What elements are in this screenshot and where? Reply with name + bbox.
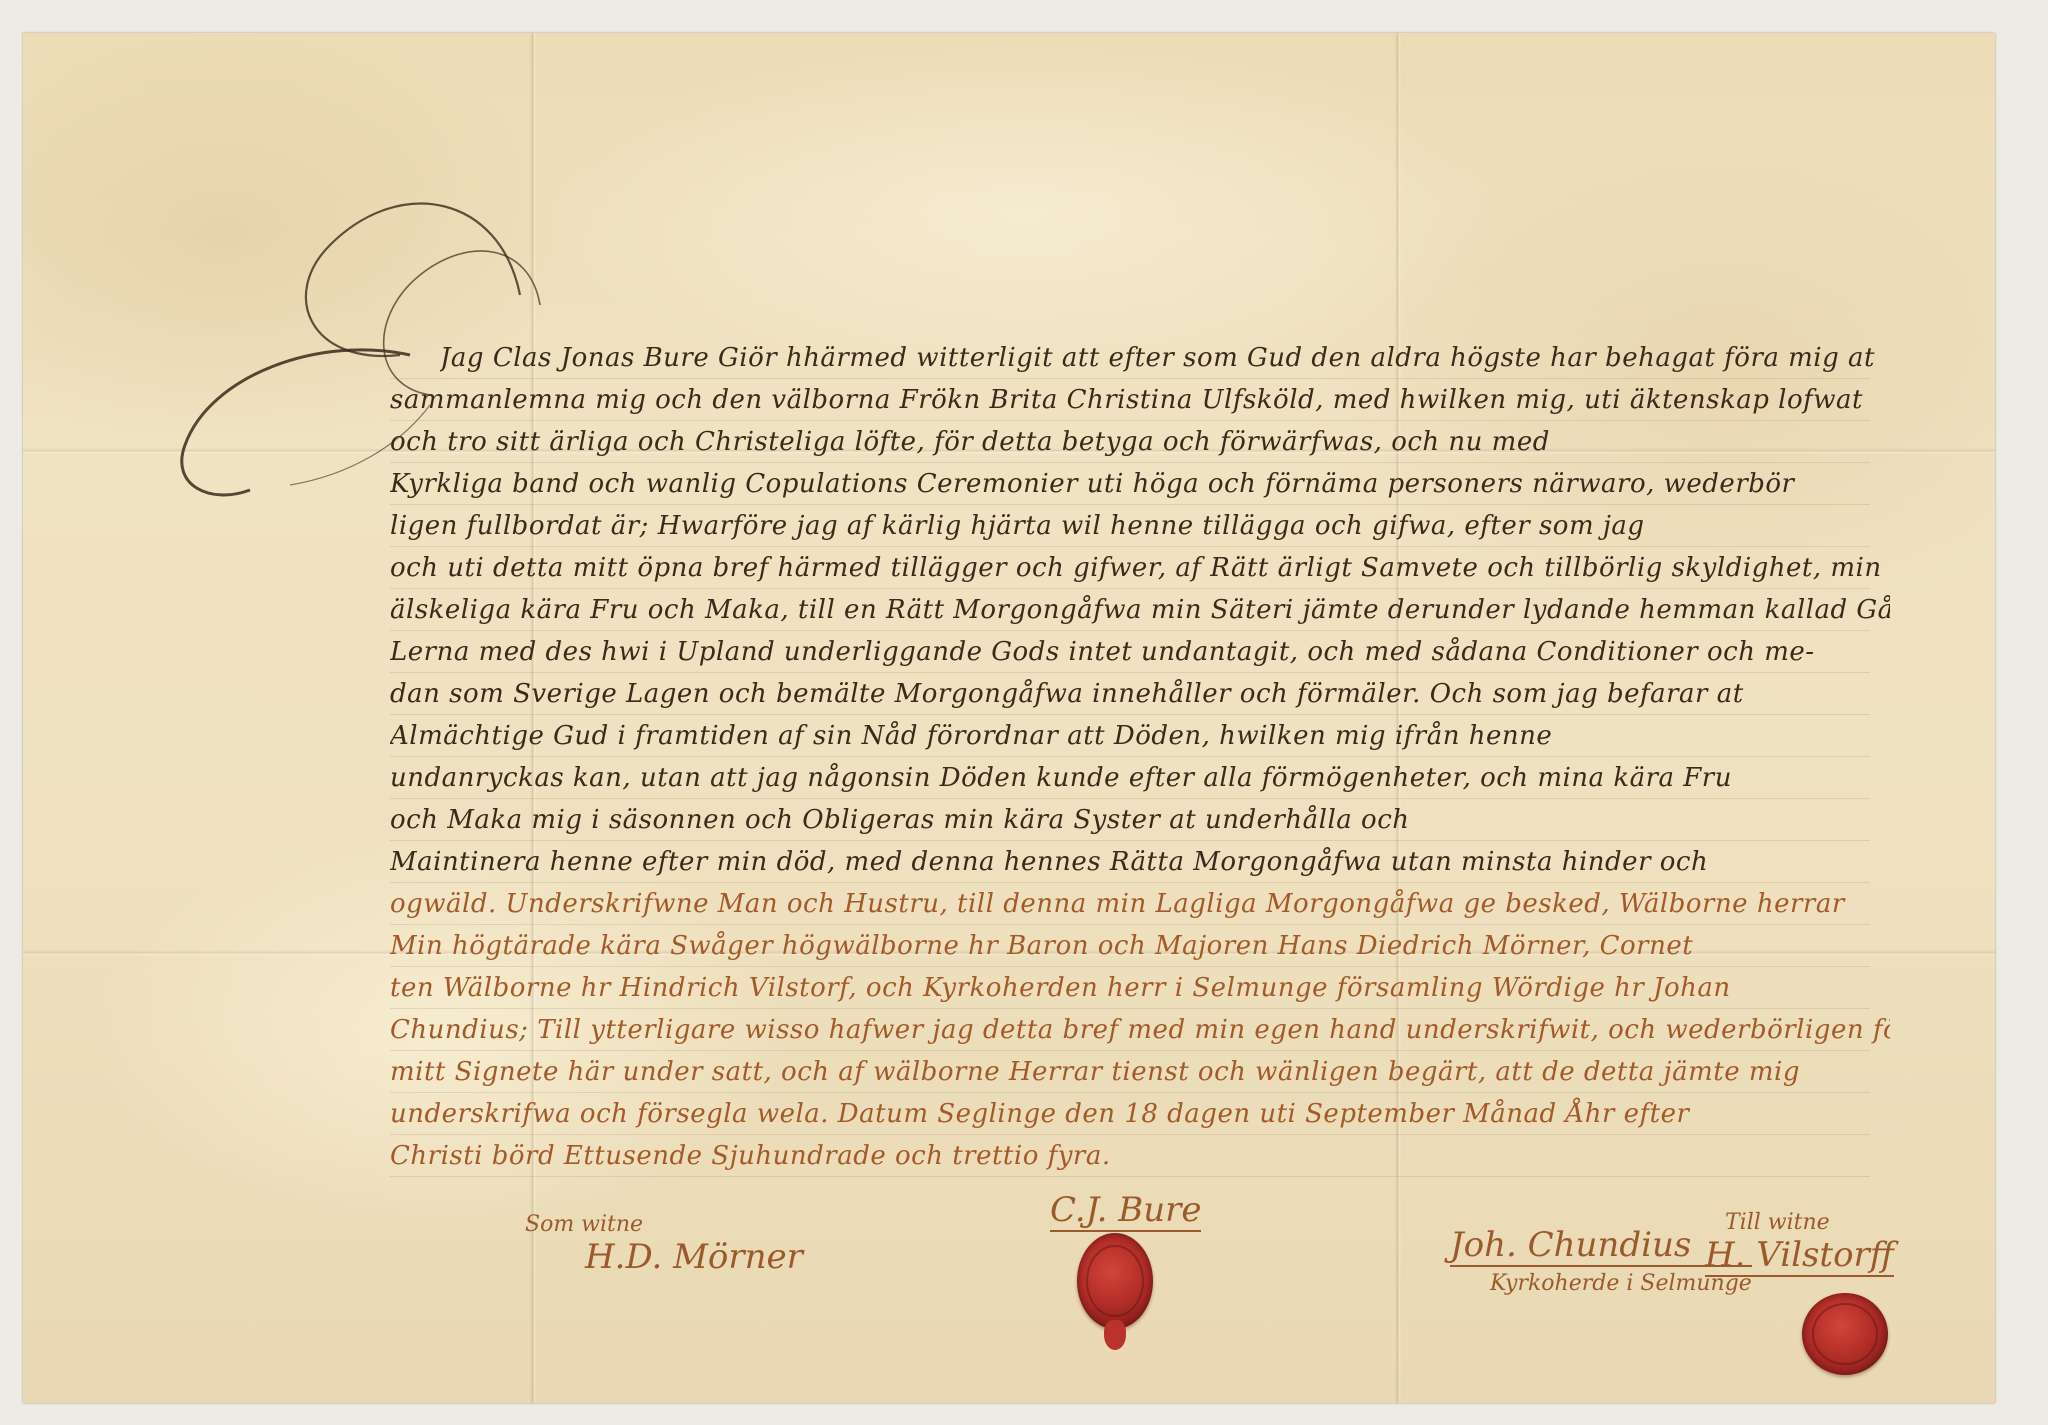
document-line-20: Christi börd Ettusende Sjuhundrade och t… bbox=[390, 1136, 1890, 1176]
signature-name: H.D. Mörner bbox=[585, 1237, 803, 1277]
document-line-5: ligen fullbordat är; Hwarföre jag af kär… bbox=[390, 506, 1890, 546]
signature-bure: C.J. Bure bbox=[1050, 1190, 1201, 1232]
document-line-10: Almächtige Gud i framtiden af sin Nåd fö… bbox=[390, 716, 1890, 756]
document-line-15: Min högtärade kära Swåger högwälborne hr… bbox=[390, 926, 1890, 966]
document-line-1: Jag Clas Jonas Bure Giör hhärmed witterl… bbox=[440, 338, 1940, 378]
document-line-12: och Maka mig i säsonnen och Obligeras mi… bbox=[390, 800, 1890, 840]
document-line-16: ten Wälborne hr Hindrich Vilstorf, och K… bbox=[390, 968, 1890, 1008]
wax-seal-drip-icon bbox=[1104, 1320, 1126, 1350]
document-line-18: mitt Signete här under satt, och af wälb… bbox=[390, 1052, 1890, 1092]
document-line-3: och tro sitt ärliga och Christeliga löft… bbox=[390, 422, 1890, 462]
wax-seal-icon bbox=[1802, 1293, 1888, 1375]
signature-vilstorf: Till witne H. Vilstorff bbox=[1705, 1210, 1894, 1277]
signature-name: H. Vilstorff bbox=[1705, 1235, 1894, 1277]
document-line-11: undanryckas kan, utan att jag någonsin D… bbox=[390, 758, 1890, 798]
document-line-4: Kyrkliga band och wanlig Copulations Cer… bbox=[390, 464, 1890, 504]
signature-name: C.J. Bure bbox=[1050, 1190, 1201, 1232]
document-line-8: Lerna med des hwi i Upland underliggande… bbox=[390, 632, 1890, 672]
signature-role: Som witne bbox=[525, 1212, 803, 1237]
document-line-13: Maintinera henne efter min död, med denn… bbox=[390, 842, 1890, 882]
wax-seal-icon bbox=[1077, 1233, 1153, 1329]
document-line-14: ogwäld. Underskrifwne Man och Hustru, ti… bbox=[390, 884, 1890, 924]
document-line-7: älskeliga kära Fru och Maka, till en Rät… bbox=[390, 590, 1890, 630]
document-line-17: Chundius; Till ytterligare wisso hafwer … bbox=[390, 1010, 1890, 1050]
document-line-2: sammanlemna mig och den välborna Frökn B… bbox=[390, 380, 1890, 420]
document-line-6: och uti detta mitt öpna bref härmed till… bbox=[390, 548, 1890, 588]
signature-morner: Som witne H.D. Mörner bbox=[525, 1212, 803, 1277]
document-line-19: underskrifwa och försegla wela. Datum Se… bbox=[390, 1094, 1890, 1134]
document-line-9: dan som Sverige Lagen och bemälte Morgon… bbox=[390, 674, 1890, 714]
signature-role: Till witne bbox=[1725, 1210, 1894, 1235]
